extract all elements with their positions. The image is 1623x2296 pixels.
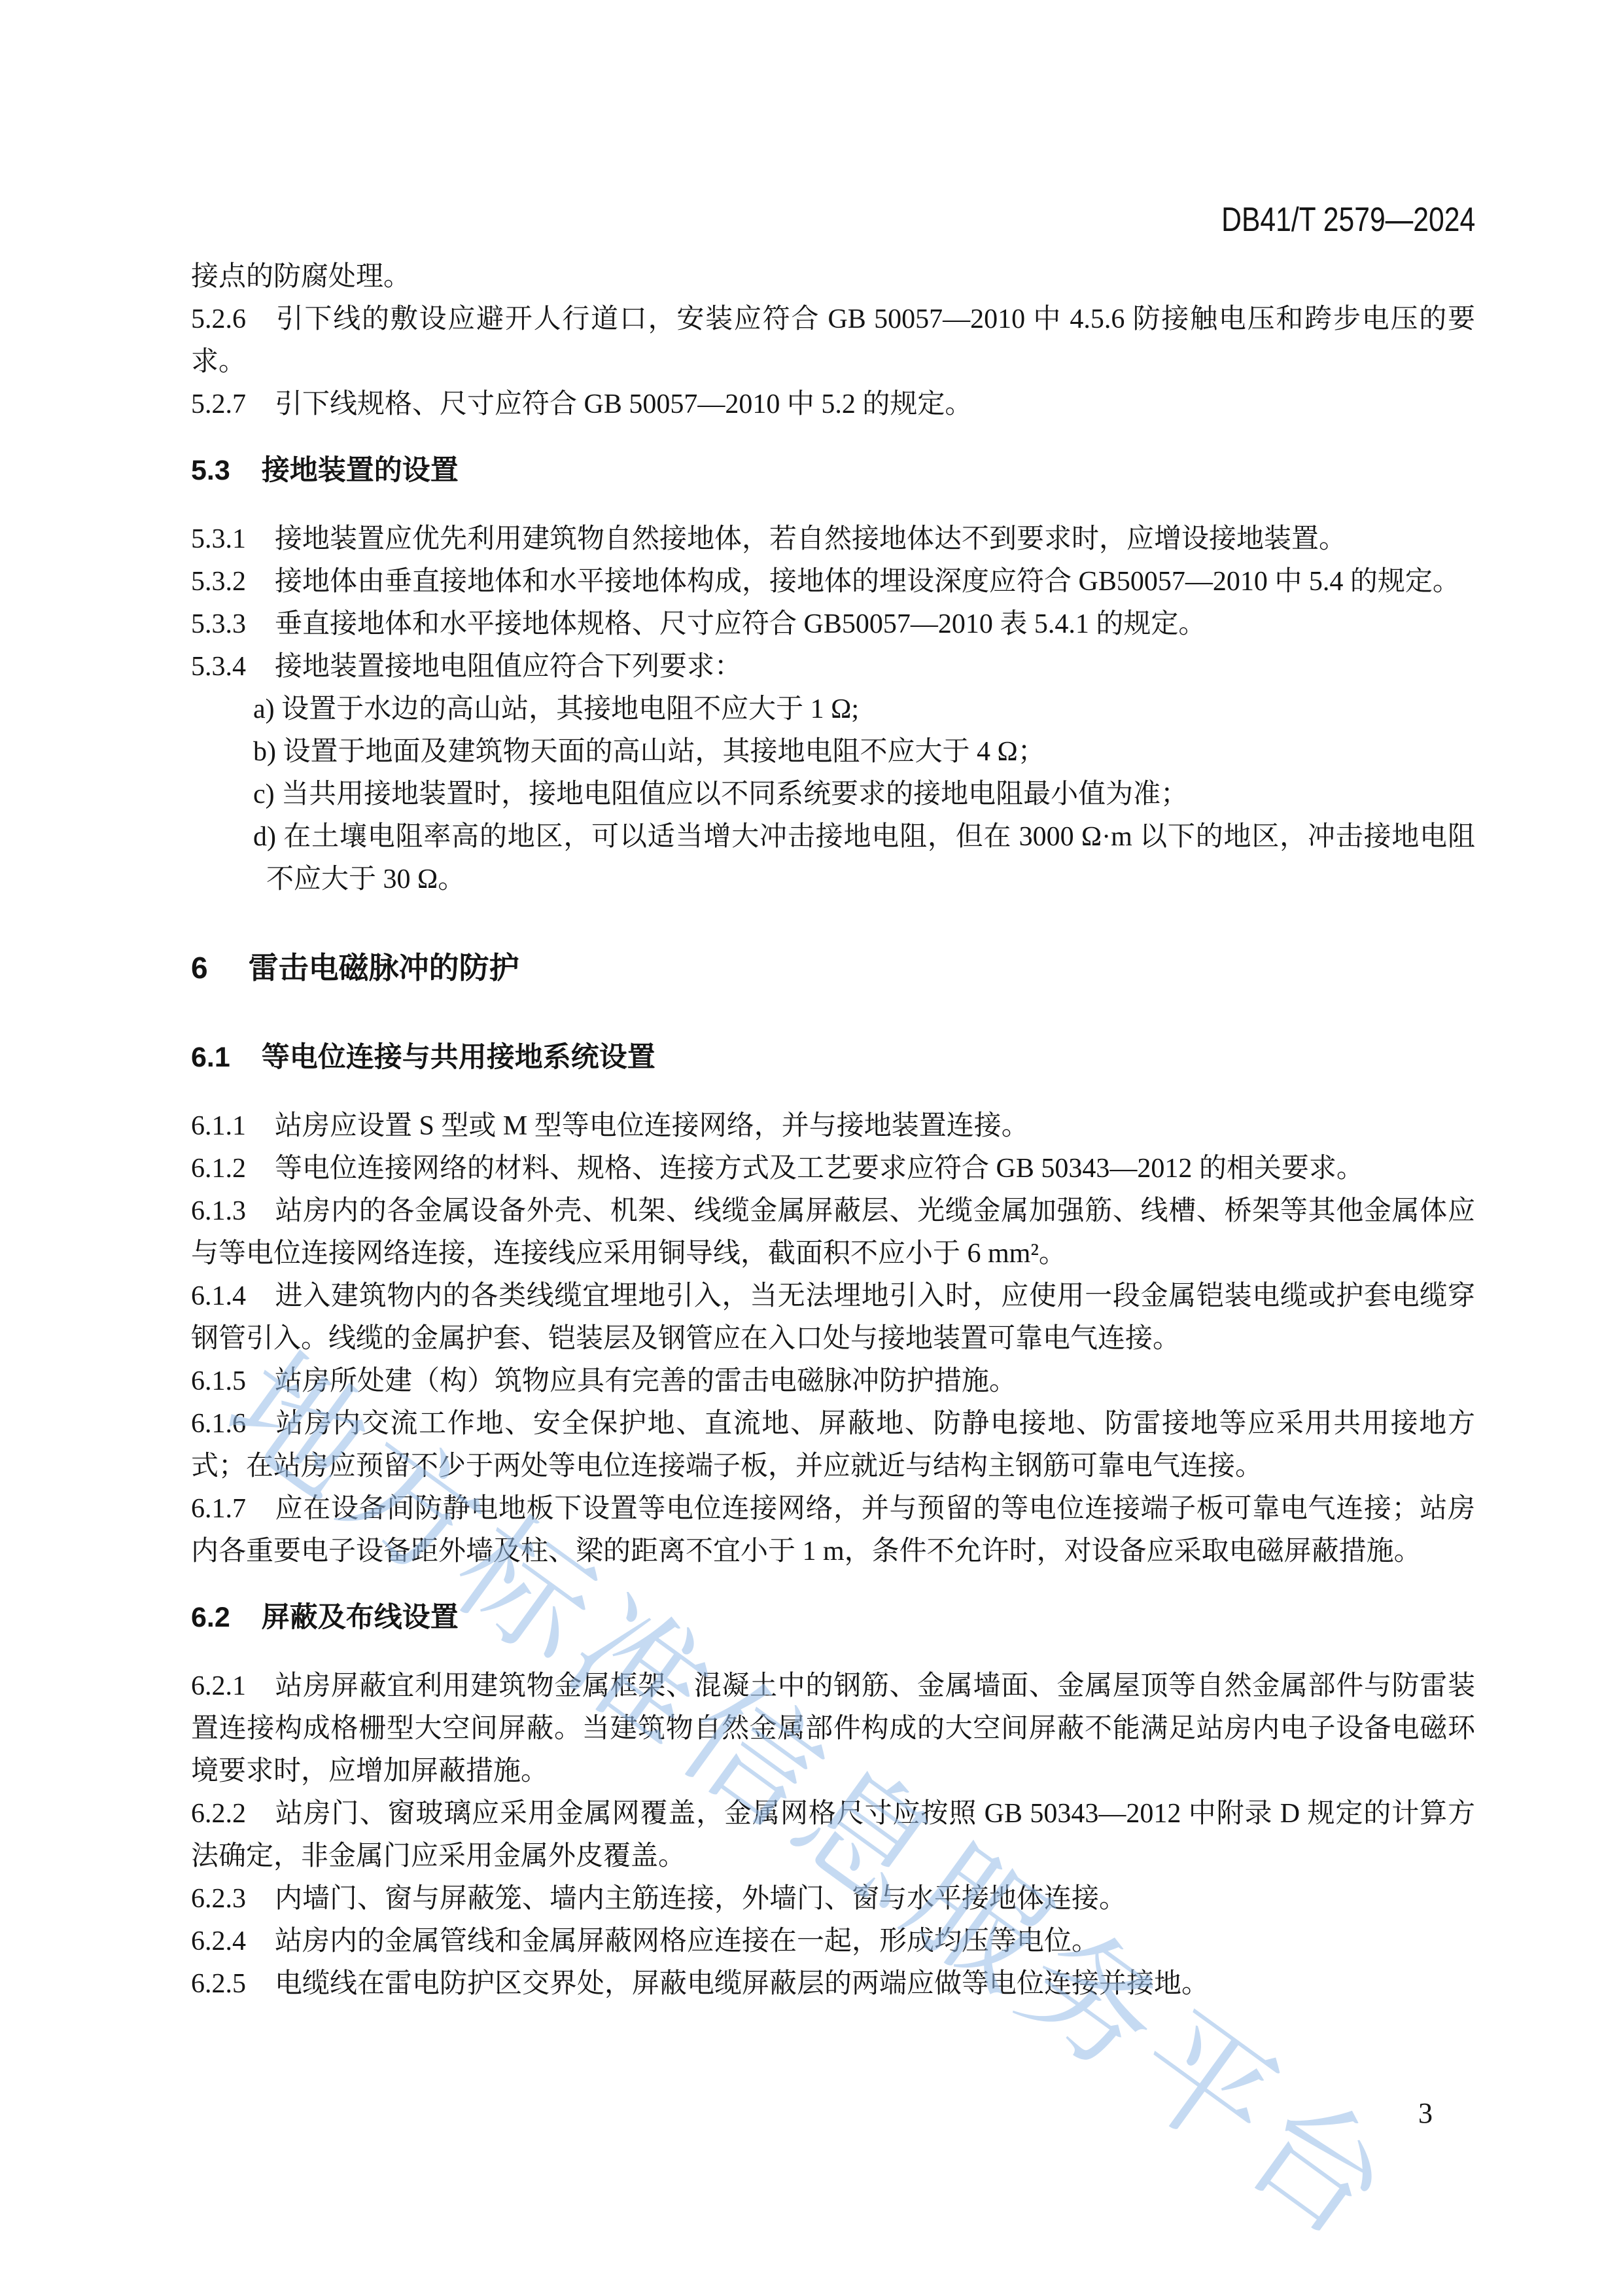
clause-text: 引下线的敷设应避开人行道口，安装应符合 GB 50057—2010 中 4.5.… [191,304,1475,377]
clause-5-3-2: 5.3.2接地体由垂直接地体和水平接地体构成，接地体的埋设深度应符合 GB500… [191,561,1475,603]
clause-5-2-7: 5.2.7引下线规格、尺寸应符合 GB 50057—2010 中 5.2 的规定… [191,383,1475,426]
clause-6-2-4: 6.2.4站房内的金属管线和金属屏蔽网格应连接在一起，形成均压等电位。 [191,1920,1475,1963]
clause-text: 进入建筑物内的各类线缆宜埋地引入，当无法埋地引入时，应使用一段金属铠装电缆或护套… [191,1281,1475,1354]
heading-text: 接地装置的设置 [262,455,459,486]
clause-5-3-1: 5.3.1接地装置应优先利用建筑物自然接地体，若自然接地体达不到要求时，应增设接… [191,518,1475,561]
heading-5-3: 5.3接地装置的设置 [191,450,1475,492]
clause-number: 6.1.2 [191,1154,246,1184]
heading-text: 等电位连接与共用接地系统设置 [262,1042,655,1073]
clause-6-1-3: 6.1.3站房内的各金属设备外壳、机架、线缆金属屏蔽层、光缆金属加强筋、线槽、桥… [191,1190,1475,1275]
clause-number: 6.2.3 [191,1884,246,1914]
clause-number: 5.2.7 [191,389,246,419]
clause-6-2-3: 6.2.3内墙门、窗与屏蔽笼、墙内主筋连接，外墙门、窗与水平接地体连接。 [191,1878,1475,1920]
clause-number: 5.3.3 [191,609,246,639]
clause-number: 5.2.6 [191,304,246,334]
heading-6: 6雷击电磁脉冲的防护 [191,947,1475,989]
heading-number: 5.3 [191,455,230,486]
clause-number: 6.2.2 [191,1799,246,1829]
standard-number-header: DB41/T 2579—2024 [1221,200,1475,239]
clause-text: 站房内的各金属设备外壳、机架、线缆金属屏蔽层、光缆金属加强筋、线槽、桥架等其他金… [191,1196,1475,1269]
list-item-a: a) 设置于水边的高山站，其接地电阻不应大于 1 Ω; [191,688,1475,731]
clause-number: 6.1.5 [191,1366,246,1396]
heading-text: 屏蔽及布线设置 [262,1602,459,1633]
heading-text: 雷击电磁脉冲的防护 [249,951,519,985]
list-item-d: d) 在土壤电阻率高的地区，可以适当增大冲击接地电阻，但在 3000 Ω·m 以… [191,816,1475,901]
clause-number: 6.2.5 [191,1969,246,1999]
clause-number: 6.2.4 [191,1926,246,1956]
clause-text: 站房内交流工作地、安全保护地、直流地、屏蔽地、防静电接地、防雷接地等应采用共用接… [191,1409,1475,1481]
clause-number: 6.1.6 [191,1409,246,1439]
page-number: 3 [1418,2096,1433,2130]
clause-text: 接地体由垂直接地体和水平接地体构成，接地体的埋设深度应符合 GB50057—20… [275,567,1460,597]
clause-6-2-5: 6.2.5电缆线在雷电防护区交界处，屏蔽电缆屏蔽层的两端应做等电位连接并接地。 [191,1963,1475,2005]
clause-6-2-2: 6.2.2站房门、窗玻璃应采用金属网覆盖，金属网格尺寸应按照 GB 50343—… [191,1793,1475,1878]
clause-6-1-6: 6.1.6站房内交流工作地、安全保护地、直流地、屏蔽地、防静电接地、防雷接地等应… [191,1403,1475,1488]
list-item-b: b) 设置于地面及建筑物天面的高山站，其接地电阻不应大于 4 Ω； [191,731,1475,773]
clause-6-1-4: 6.1.4进入建筑物内的各类线缆宜埋地引入，当无法埋地引入时，应使用一段金属铠装… [191,1275,1475,1360]
clause-5-3-4: 5.3.4接地装置接地电阻值应符合下列要求： [191,646,1475,688]
clause-number: 6.2.1 [191,1671,246,1701]
heading-6-2: 6.2屏蔽及布线设置 [191,1597,1475,1639]
clause-6-1-1: 6.1.1站房应设置 S 型或 M 型等电位连接网络，并与接地装置连接。 [191,1105,1475,1148]
clause-number: 6.1.3 [191,1196,246,1226]
clause-number: 6.1.4 [191,1281,246,1311]
clause-text: 内墙门、窗与屏蔽笼、墙内主筋连接，外墙门、窗与水平接地体连接。 [275,1884,1126,1914]
clause-text: 站房应设置 S 型或 M 型等电位连接网络，并与接地装置连接。 [275,1111,1029,1141]
clause-text: 接地装置应优先利用建筑物自然接地体，若自然接地体达不到要求时，应增设接地装置。 [275,524,1346,554]
clause-number: 5.3.4 [191,652,246,682]
clause-5-2-6: 5.2.6引下线的敷设应避开人行道口，安装应符合 GB 50057—2010 中… [191,298,1475,383]
clause-number: 5.3.1 [191,524,246,554]
clause-6-2-1: 6.2.1站房屏蔽宜利用建筑物金属框架、混凝土中的钢筋、金属墙面、金属屋顶等自然… [191,1665,1475,1793]
clause-text: 垂直接地体和水平接地体规格、尺寸应符合 GB50057—2010 表 5.4.1… [275,609,1206,639]
clause-text: 站房屏蔽宜利用建筑物金属框架、混凝土中的钢筋、金属墙面、金属屋顶等自然金属部件与… [191,1671,1475,1786]
heading-6-1: 6.1等电位连接与共用接地系统设置 [191,1036,1475,1079]
clause-text: 站房所处建（构）筑物应具有完善的雷击电磁脉冲防护措施。 [275,1366,1017,1396]
clause-number: 5.3.2 [191,567,246,597]
clause-6-1-7: 6.1.7应在设备间防静电地板下设置等电位连接网络，并与预留的等电位连接端子板可… [191,1488,1475,1573]
list-item-c: c) 当共用接地装置时，接地电阻值应以不同系统要求的接地电阻最小值为准； [191,773,1475,816]
clause-6-1-5: 6.1.5站房所处建（构）筑物应具有完善的雷击电磁脉冲防护措施。 [191,1360,1475,1403]
clause-text: 站房内的金属管线和金属屏蔽网格应连接在一起，形成均压等电位。 [275,1926,1099,1956]
clause-text: 引下线规格、尺寸应符合 GB 50057—2010 中 5.2 的规定。 [275,389,972,419]
heading-number: 6.2 [191,1602,230,1633]
paragraph-continuation: 接点的防腐处理。 [191,256,1475,298]
clause-text: 等电位连接网络的材料、规格、连接方式及工艺要求应符合 GB 50343—2012… [275,1154,1364,1184]
clause-text: 接地装置接地电阻值应符合下列要求： [275,652,742,682]
document-body: 接点的防腐处理。 5.2.6引下线的敷设应避开人行道口，安装应符合 GB 500… [191,256,1475,2005]
clause-text: 电缆线在雷电防护区交界处，屏蔽电缆屏蔽层的两端应做等电位连接并接地。 [275,1969,1209,1999]
heading-number: 6.1 [191,1042,230,1073]
clause-text: 站房门、窗玻璃应采用金属网覆盖，金属网格尺寸应按照 GB 50343—2012 … [191,1799,1475,1871]
clause-5-3-3: 5.3.3垂直接地体和水平接地体规格、尺寸应符合 GB50057—2010 表 … [191,603,1475,646]
clause-6-1-2: 6.1.2等电位连接网络的材料、规格、连接方式及工艺要求应符合 GB 50343… [191,1148,1475,1190]
clause-text: 应在设备间防静电地板下设置等电位连接网络，并与预留的等电位连接端子板可靠电气连接… [191,1494,1475,1566]
clause-number: 6.1.1 [191,1111,246,1141]
document-page: DB41/T 2579—2024 接点的防腐处理。 5.2.6引下线的敷设应避开… [0,0,1623,2296]
heading-number: 6 [191,951,208,985]
clause-number: 6.1.7 [191,1494,246,1524]
